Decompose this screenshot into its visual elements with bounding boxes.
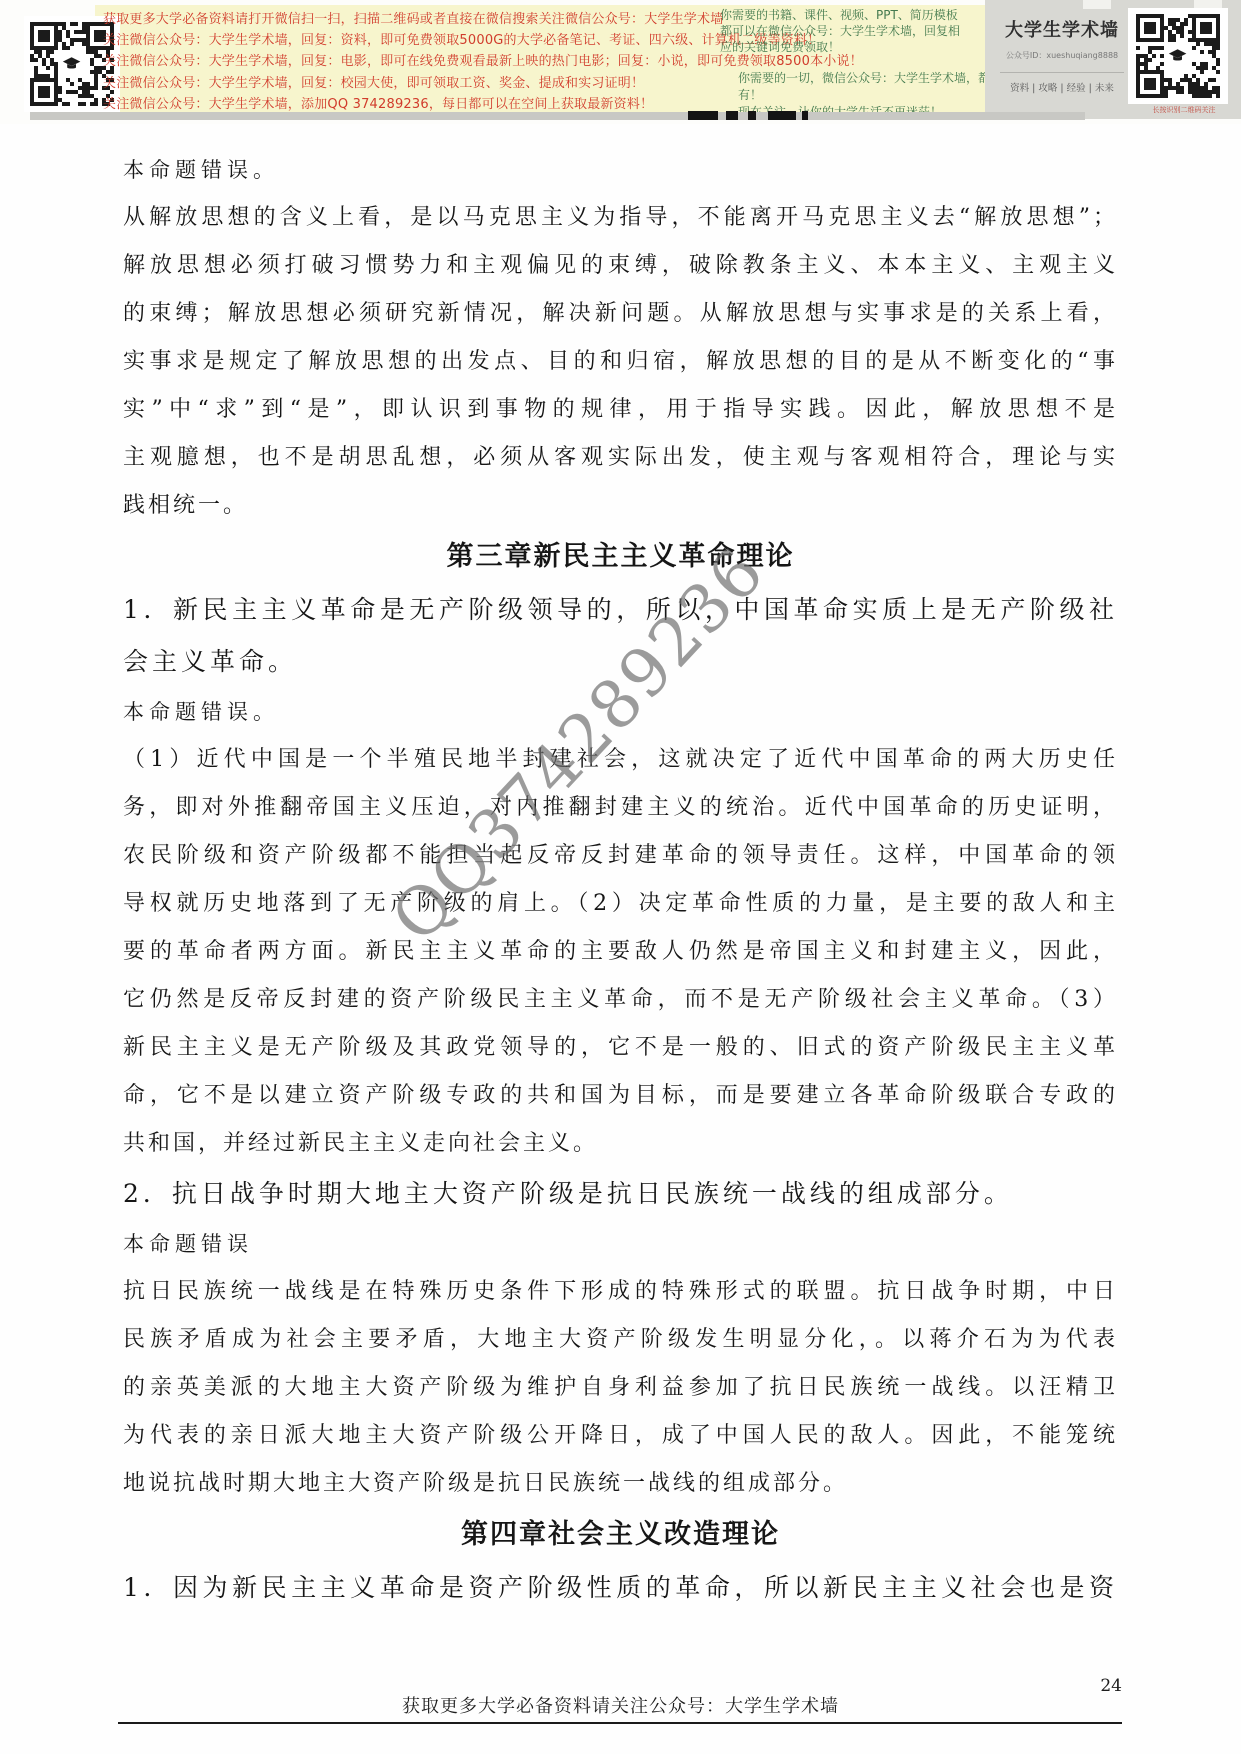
text-line: 要的革命者两方面。新民主主义革命的主要敌人仍然是帝国主义和封建主义，因此， bbox=[123, 928, 1118, 976]
strip-dash bbox=[748, 111, 756, 120]
text-line: 2．抗日战争时期大地主大资产阶级是抗日民族统一战线的组成部分。 bbox=[123, 1168, 1118, 1220]
text-line: 践相统一。 bbox=[123, 482, 1118, 530]
tape-notch bbox=[1083, 0, 1111, 9]
strip-dash bbox=[768, 111, 796, 120]
banner-bottom-strip bbox=[30, 112, 1085, 120]
text-line: （1）近代中国是一个半殖民地半封建社会，这就决定了近代中国革命的两大历史任 bbox=[123, 736, 1118, 784]
strip-dash bbox=[726, 111, 738, 120]
brand-tags: 资料 | 攻略 | 经验 | 未来 bbox=[992, 80, 1132, 94]
text-line: 1．因为新民主主义革命是资产阶级性质的革命，所以新民主主义社会也是资 bbox=[123, 1562, 1118, 1614]
text-line: 民族矛盾成为社会主要矛盾，大地主大资产阶级发生明显分化，。以蒋介石为为代表 bbox=[123, 1316, 1118, 1364]
brand-title: 大学生学术墙 bbox=[992, 16, 1132, 42]
text-line: 本命题错误。 bbox=[123, 146, 1118, 194]
text-line: 地说抗战时期大地主大资产阶级是抗日民族统一战线的组成部分。 bbox=[123, 1460, 1118, 1508]
text-line: 解放思想必须打破习惯势力和主观偏见的束缚，破除教条主义、本本主义、主观主义 bbox=[123, 242, 1118, 290]
text-line: 导权就历史地落到了无产阶级的肩上。（2）决定革命性质的力量，是主要的敌人和主 bbox=[123, 880, 1118, 928]
text-line: 第四章社会主义改造理论 bbox=[123, 1508, 1118, 1562]
footer-note: 获取更多大学必备资料请关注公众号：大学生学术墙 bbox=[0, 1692, 1241, 1718]
green-note-line: 你需要的书籍、课件、视频、PPT、简历模板 bbox=[720, 7, 990, 23]
text-line: 第三章新民主主义革命理论 bbox=[123, 530, 1118, 584]
text-line: 的亲英美派的大地主大资产阶级为维护自身利益参加了抗日民族统一战线。以汪精卫 bbox=[123, 1364, 1118, 1412]
text-line: 务，即对外推翻帝国主义压迫，对内推翻封建主义的统治。近代中国革命的历史证明， bbox=[123, 784, 1118, 832]
document-body: 本命题错误。从解放思想的含义上看，是以马克思主义为指导，不能离开马克思主义去“解… bbox=[123, 146, 1118, 1614]
text-line: 本命题错误 bbox=[123, 1220, 1118, 1268]
text-line: 本命题错误。 bbox=[123, 688, 1118, 736]
strip-dash bbox=[802, 111, 808, 120]
text-line: 实”中“求”到“是”，即认识到事物的规律，用于指导实践。因此，解放思想不是 bbox=[123, 386, 1118, 434]
text-line: 农民阶级和资产阶级都不能担当起反帝反封建革命的领导责任。这样，中国革命的领 bbox=[123, 832, 1118, 880]
text-line: 实事求是规定了解放思想的出发点、目的和归宿，解放思想的目的是从不断变化的“事 bbox=[123, 338, 1118, 386]
brand-account-id: 公众号ID：xueshuqiang8888 bbox=[992, 50, 1132, 61]
graduation-cap-icon bbox=[60, 52, 84, 76]
text-line: 的束缚；解放思想必须研究新情况，解决新问题。从解放思想与实事求是的关系上看， bbox=[123, 290, 1118, 338]
qr-caption: 长按识别二维码关注 bbox=[1134, 105, 1234, 115]
text-line: 共和国，并经过新民主主义走向社会主义。 bbox=[123, 1120, 1118, 1168]
right-qr-code bbox=[1128, 8, 1228, 104]
green-note-line: 都可以在微信公众号：大学生学术墙，回复相 bbox=[720, 23, 990, 39]
ad-banner: 获取更多大学必备资料请打开微信扫一扫，扫描二维码或者直接在微信搜索关注微信公众号… bbox=[0, 0, 1241, 124]
green-note-line: 应的关键词免费领取！ bbox=[720, 39, 990, 55]
green-note-top: 你需要的书籍、课件、视频、PPT、简历模板都可以在微信公众号：大学生学术墙，回复… bbox=[720, 7, 990, 55]
green-note-line: 你需要的一切，微信公众号：大学生学术墙，都有！ bbox=[738, 70, 998, 104]
footer-rule bbox=[118, 1722, 1122, 1724]
brand-divider bbox=[1000, 72, 1124, 73]
strip-dash bbox=[688, 111, 718, 120]
text-line: 抗日民族统一战线是在特殊历史条件下形成的特殊形式的联盟。抗日战争时期，中日 bbox=[123, 1268, 1118, 1316]
document-page: 获取更多大学必备资料请打开微信扫一扫，扫描二维码或者直接在微信搜索关注微信公众号… bbox=[0, 0, 1241, 1754]
text-line: 新民主主义是无产阶级及其政党领导的，它不是一般的、旧式的资产阶级民主主义革 bbox=[123, 1024, 1118, 1072]
text-line: 1．新民主主义革命是无产阶级领导的，所以，中国革命实质上是无产阶级社 bbox=[123, 584, 1118, 636]
text-line: 命，它不是以建立资产阶级专政的共和国为目标，而是要建立各革命阶级联合专政的 bbox=[123, 1072, 1118, 1120]
graduation-cap-icon bbox=[1166, 44, 1190, 68]
text-line: 会主义革命。 bbox=[123, 636, 1118, 688]
text-line: 主观臆想，也不是胡思乱想，必须从客观实际出发，使主观与客观相符合，理论与实 bbox=[123, 434, 1118, 482]
page-number: 24 bbox=[1100, 1676, 1122, 1696]
text-line: 它仍然是反帝反封建的资产阶级民主主义革命，而不是无产阶级社会主义革命。（3） bbox=[123, 976, 1118, 1024]
text-line: 从解放思想的含义上看，是以马克思主义为指导，不能离开马克思主义去“解放思想”； bbox=[123, 194, 1118, 242]
text-line: 为代表的亲日派大地主大资产阶级公开降日，成了中国人民的敌人。因此，不能笼统 bbox=[123, 1412, 1118, 1460]
